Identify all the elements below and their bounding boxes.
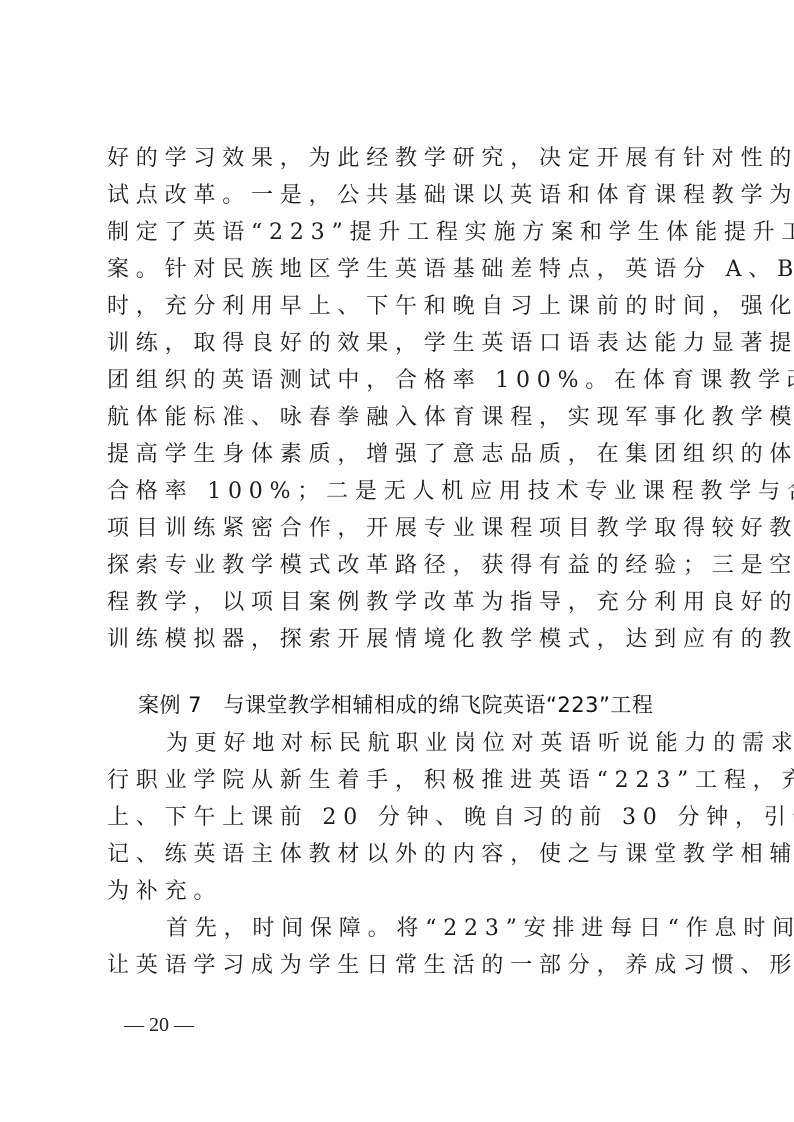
paragraph-2-line-4: 记、练英语主体教材以外的内容，使之与课堂教学相辅相成、互 [107,836,699,873]
paragraph-1-line-3: 制定了英语“223”提升工程实施方案和学生体能提升工程实施方 [107,214,699,251]
paragraph-1-line-5: 时，充分利用早上、下午和晚自习上课前的时间，强化英语口语 [107,288,699,325]
paragraph-2-line-2: 行职业学院从新生着手，积极推进英语“223”工程，充分利用早 [107,762,699,799]
paragraph-3-line-1: 首先，时间保障。将“223”安排进每日“作息时间表”里， [166,910,699,947]
paragraph-1-line-4: 案。针对民族地区学生英语基础差特点，英语分 A、B 班教学的同 [107,251,699,288]
document-page: 好的学习效果，为此经教学研究，决定开展有针对性的教学模式 试点改革。一是，公共基… [0,0,794,1122]
paragraph-2-line-3: 上、下午上课前 20 分钟、晚自习的前 30 分钟，引领学生听、读、 [107,799,699,836]
paragraph-1-line-7: 团组织的英语测试中，合格率 100%。在体育课教学改革中，将民 [107,362,699,399]
paragraph-1-line-12: 探索专业教学模式改革路径，获得有益的经验；三是空乘专业课 [107,547,699,584]
paragraph-1-line-14: 训练模拟器，探索开展情境化教学模式，达到应有的教学效果。 [107,621,699,658]
page-number: — 20 — [124,1012,194,1038]
paragraph-1-line-13: 程教学，以项目案例教学改革为指导，充分利用良好的客舱实训 [107,584,699,621]
paragraph-1-line-10: 合格率 100%；二是无人机应用技术专业课程教学与合作企业飞行 [107,473,699,510]
paragraph-1-line-9: 提高学生身体素质，增强了意志品质，在集团组织的体能测试中， [107,436,699,473]
paragraph-1-line-11: 项目训练紧密合作，开展专业课程项目教学取得较好教学成果， [107,510,699,547]
paragraph-1-line-1: 好的学习效果，为此经教学研究，决定开展有针对性的教学模式 [107,140,699,177]
paragraph-3-line-2: 让英语学习成为学生日常生活的一部分，养成习惯、形成自觉。 [107,947,699,984]
paragraph-1-line-8: 航体能标准、咏春拳融入体育课程，实现军事化教学模式，有效 [107,399,699,436]
paragraph-2-line-5: 为补充。 [107,873,699,910]
paragraph-1-line-6: 训练，取得良好的效果，学生英语口语表达能力显著提升，在集 [107,325,699,362]
case-heading: 案例 7 与课堂教学相辅相成的绵飞院英语“223”工程 [138,687,653,724]
paragraph-2-line-1: 为更好地对标民航职业岗位对英语听说能力的需求，绵阳飞 [166,725,699,762]
paragraph-1-line-2: 试点改革。一是，公共基础课以英语和体育课程教学为突破口， [107,177,699,214]
